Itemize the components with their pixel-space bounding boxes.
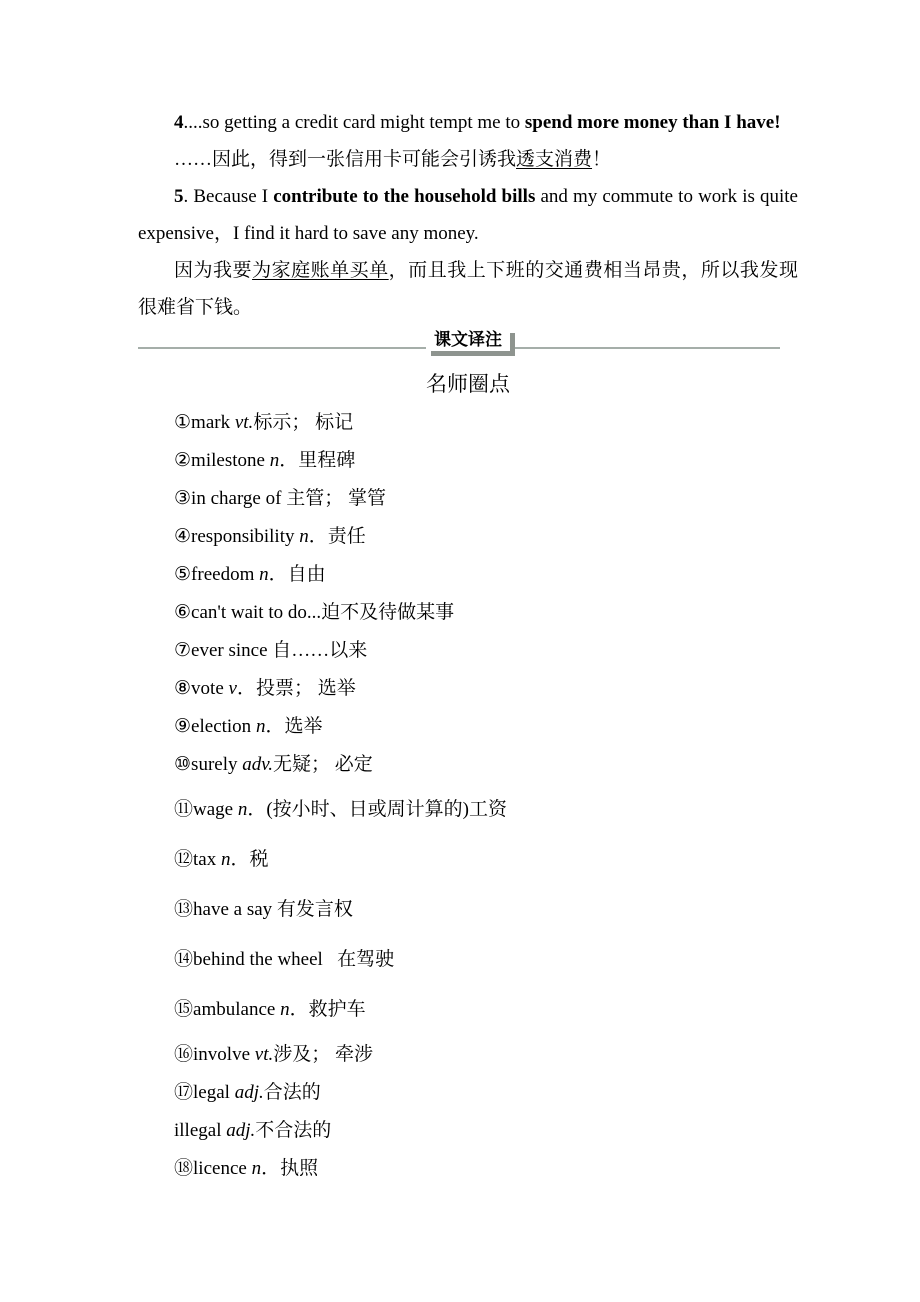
sentence-4-zh-text: ……因此，得到一张信用卡可能会引诱我 [174, 149, 516, 170]
circled-number-8: ⑧ [174, 678, 191, 699]
vocab-term: wage [193, 799, 238, 820]
vocab-pos: n [270, 450, 280, 471]
vocab-pos: n [256, 716, 266, 737]
sentence-5-zh: 因为我要为家庭账单买单，而且我上下班的交通费相当昂贵，所以我发现很难省下钱。 [138, 252, 798, 326]
sentence-5-number: 5 [174, 186, 184, 207]
vocab-definition: ．投票； 选举 [237, 678, 356, 699]
vocab-item-3: ③in charge of 主管； 掌管 [174, 488, 798, 510]
vocab-pos: v [229, 678, 237, 699]
vocab-item-18: ⑱licence n．执照 [174, 1158, 798, 1180]
circled-number-12: ⑫ [174, 849, 193, 870]
circled-number-11: ⑪ [174, 799, 193, 820]
vocab-term: have a say [193, 899, 277, 920]
circled-number-16: ⑯ [174, 1044, 193, 1065]
vocab-term: election [191, 716, 256, 737]
vocab-item-11: ⑪wage n．(按小时、日或周计算的)工资 [174, 799, 798, 821]
vocab-item-17: ⑰legal adj.合法的 [174, 1082, 798, 1104]
vocab-item-8: ⑧vote v．投票； 选举 [174, 678, 798, 700]
vocab-definition: 有发言权 [277, 899, 353, 920]
circled-number-5: ⑤ [174, 564, 191, 585]
sentence-4-text: ....so getting a credit card might tempt… [184, 112, 525, 133]
vocab-term: behind the wheel [193, 949, 328, 970]
sentence-4-zh-underlined: 透支消费 [516, 149, 592, 170]
vocab-pos: adv. [242, 754, 273, 775]
sentence-5-zh-underlined: 为家庭账单买单 [252, 260, 389, 281]
sentence-4-bold-phrase: spend more money than I have! [525, 112, 781, 133]
vocab-pos: n [299, 526, 309, 547]
vocab-item-12: ⑫tax n．税 [174, 849, 798, 871]
vocab-pos: vt. [235, 412, 253, 433]
circled-number-13: ⑬ [174, 899, 193, 920]
circled-number-10: ⑩ [174, 754, 191, 775]
circled-number-1: ① [174, 412, 191, 433]
vocab-pos: n [280, 999, 290, 1020]
circled-number-7: ⑦ [174, 640, 191, 661]
vocab-pos: n [252, 1158, 262, 1179]
vocab-term: surely [191, 754, 242, 775]
sentence-4-zh: ……因此，得到一张信用卡可能会引诱我透支消费！ [138, 141, 798, 178]
vocab-term: licence [193, 1158, 252, 1179]
vocab-item-9: ⑨election n．选举 [174, 716, 798, 738]
vocab-definition: ．执照 [261, 1158, 318, 1179]
vocab-item-17b: illegal adj.不合法的 [174, 1120, 798, 1142]
vocab-term: ambulance [193, 999, 280, 1020]
vocab-item-10: ⑩surely adv.无疑； 必定 [174, 754, 798, 776]
section-divider: 课文译注 [138, 326, 798, 360]
vocab-term: in charge of [191, 488, 286, 509]
circled-number-15: ⑮ [174, 999, 193, 1020]
vocab-list: ①mark vt.标示； 标记 ②milestone n．里程碑 ③in cha… [174, 412, 798, 1180]
vocab-pos: adj. [226, 1120, 255, 1141]
vocab-definition: 迫不及待做某事 [321, 602, 454, 623]
circled-number-18: ⑱ [174, 1158, 193, 1179]
vocab-term: mark [191, 412, 235, 433]
section-heading: 名师圈点 [138, 368, 798, 398]
circled-number-2: ② [174, 450, 191, 471]
vocab-item-4: ④responsibility n．责任 [174, 526, 798, 548]
sentence-5-zh-text: 因为我要 [174, 260, 252, 281]
vocab-term: involve [193, 1044, 255, 1065]
sentence-4-zh-end: ！ [592, 149, 611, 170]
sentence-4-en: 4....so getting a credit card might temp… [138, 104, 798, 141]
vocab-definition: 主管； 掌管 [286, 488, 386, 509]
vocab-term: milestone [191, 450, 270, 471]
vocab-item-14: ⑭behind the wheel 在驾驶 [174, 949, 798, 971]
vocab-term: tax [193, 849, 221, 870]
circled-number-4: ④ [174, 526, 191, 547]
vocab-definition: 标示； 标记 [253, 412, 353, 433]
vocab-item-1: ①mark vt.标示； 标记 [174, 412, 798, 434]
vocab-term: ever since [191, 640, 272, 661]
vocab-pos: adj. [235, 1082, 264, 1103]
vocab-pos: n [259, 564, 269, 585]
sentence-5-text: . Because I [184, 186, 274, 207]
vocab-definition: ．里程碑 [279, 450, 355, 471]
vocab-definition: ．(按小时、日或周计算的)工资 [247, 799, 507, 820]
vocab-definition: 无疑； 必定 [273, 754, 373, 775]
circled-number-6: ⑥ [174, 602, 191, 623]
circled-number-9: ⑨ [174, 716, 191, 737]
vocab-term: vote [191, 678, 228, 699]
vocab-term: can't wait to do... [191, 602, 321, 623]
sentence-5-en: 5. Because I contribute to the household… [138, 178, 798, 252]
vocab-definition: ．选举 [265, 716, 322, 737]
vocab-definition: ．税 [230, 849, 268, 870]
vocab-item-16: ⑯involve vt.涉及； 牵涉 [174, 1044, 798, 1066]
vocab-pos: vt. [255, 1044, 273, 1065]
circled-number-17: ⑰ [174, 1082, 193, 1103]
vocab-definition: ．自由 [269, 564, 326, 585]
vocab-definition: ．责任 [309, 526, 366, 547]
vocab-item-2: ②milestone n．里程碑 [174, 450, 798, 472]
section-divider-label: 课文译注 [426, 328, 510, 351]
sentence-4-number: 4 [174, 112, 184, 133]
vocab-definition: 不合法的 [255, 1120, 331, 1141]
vocab-term: legal [193, 1082, 235, 1103]
vocab-term: illegal [174, 1120, 226, 1141]
vocab-definition: 在驾驶 [328, 949, 395, 970]
vocab-term: responsibility [191, 526, 299, 547]
circled-number-3: ③ [174, 488, 191, 509]
circled-number-14: ⑭ [174, 949, 193, 970]
vocab-item-6: ⑥can't wait to do...迫不及待做某事 [174, 602, 798, 624]
vocab-term: freedom [191, 564, 259, 585]
vocab-definition: 合法的 [264, 1082, 321, 1103]
document-page: 4....so getting a credit card might temp… [0, 0, 920, 1180]
vocab-definition: 涉及； 牵涉 [273, 1044, 373, 1065]
vocab-pos: n [238, 799, 248, 820]
vocab-item-13: ⑬have a say 有发言权 [174, 899, 798, 921]
vocab-item-7: ⑦ever since 自……以来 [174, 640, 798, 662]
vocab-definition: 自……以来 [272, 640, 367, 661]
vocab-item-15: ⑮ambulance n．救护车 [174, 999, 798, 1021]
vocab-item-5: ⑤freedom n．自由 [174, 564, 798, 586]
sentence-5-bold-phrase: contribute to the household bills [273, 186, 535, 207]
vocab-definition: ．救护车 [290, 999, 366, 1020]
